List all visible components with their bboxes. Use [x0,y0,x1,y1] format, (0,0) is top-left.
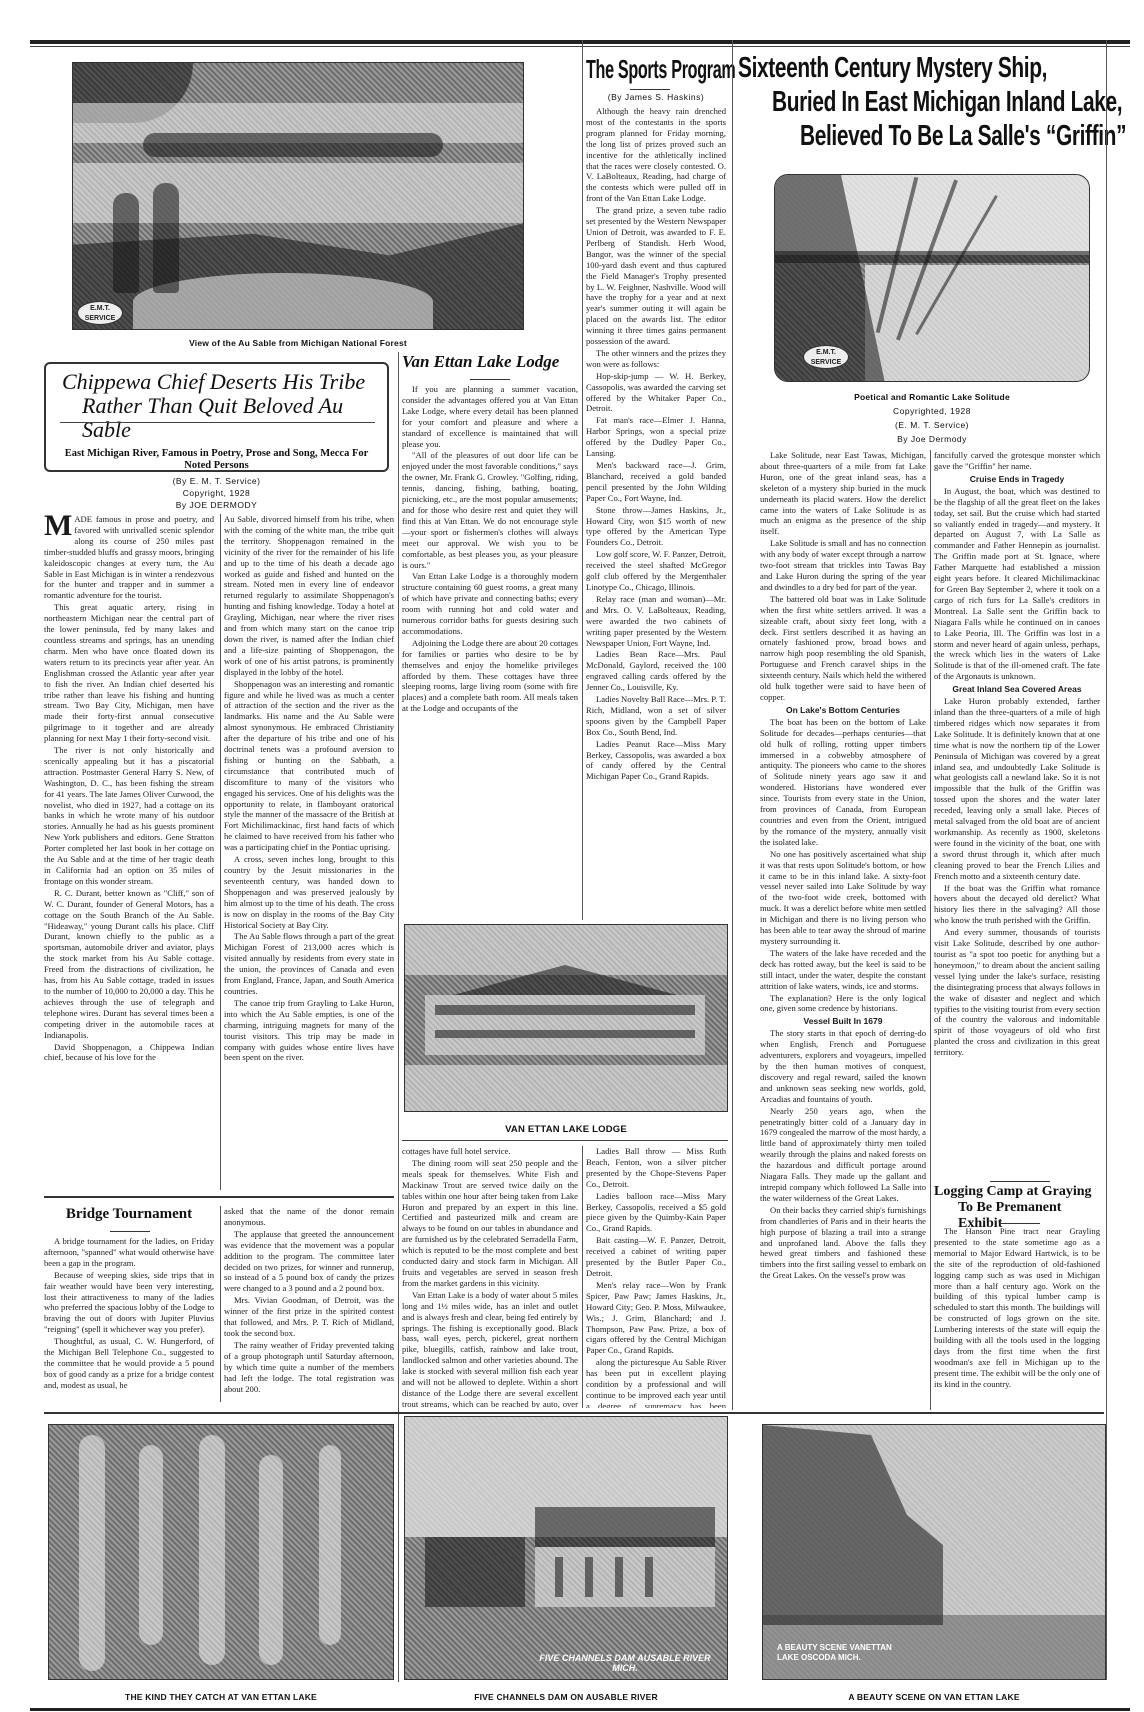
van-ettan-lodge-photo [404,924,728,1112]
sports-top-text: Although the heavy rain drenched most of… [586,106,726,920]
fish-photo [48,1424,394,1680]
lake-solitude-caption: Poetical and Romantic Lake Solitude [774,392,1090,402]
bridge-headline: Bridge Tournament [44,1206,214,1223]
chippewa-col-1: MADE famous in prose and poetry, and fav… [44,514,214,1190]
chippewa-byline: By JOE DERMODY [44,500,389,510]
chippewa-headline-1: Chippewa Chief Deserts His Tribe [62,370,387,394]
subhead-cruise-ends: Cruise Ends in Tragedy [934,474,1100,484]
lake-solitude-photo: E.M.T. SERVICE [774,174,1090,382]
van-ettan-lodge-caption: VAN ETTAN LAKE LODGE [404,1124,728,1135]
van-ettan-beauty-photo: A BEAUTY SCENE VANETTAN LAKE OSCODA MICH… [762,1424,1106,1680]
dam-photo-caption: FIVE CHANNELS DAM ON AUSABLE RIVER [404,1692,728,1702]
mystery-headline-2: Buried In East Michigan Inland Lake, [772,86,1122,119]
top-rule-thin [30,46,1130,47]
dam-inset-text: FIVE CHANNELS DAM AUSABLE RIVER MICH. [535,1653,715,1673]
subhead-lakes-bottom: On Lake's Bottom Centuries [760,705,926,715]
sports-headline: The Sports Program [586,54,735,85]
beauty-photo-caption: A BEAUTY SCENE ON VAN ETTAN LAKE [762,1692,1106,1702]
dropcap: M [44,514,72,538]
emt-service-badge: E.M.T. SERVICE [77,301,123,325]
top-rule [30,40,1130,44]
van-ettan-bottom-text: cottages have full hotel service. The di… [402,1146,578,1408]
chippewa-headline-2: Rather Than Quit Beloved Au Sable [82,394,387,442]
mystery-col-1: Lake Solitude, near East Tawas, Michigan… [760,450,926,1410]
mystery-headline-1: Sixteenth Century Mystery Ship, [738,52,1047,85]
logging-body: The Hanson Pine tract near Grayling pres… [934,1226,1100,1410]
chippewa-col-2: Au Sable, divorced himself from his trib… [224,514,394,1190]
mystery-service: (E. M. T. Service) [774,420,1090,430]
van-ettan-headline: Van Ettan Lake Lodge [402,352,582,372]
mystery-headline-3: Believed To Be La Salle's “Griffin” [800,120,1126,153]
chippewa-subheadline: East Michigan River, Famous in Poetry, P… [56,448,377,472]
subhead-vessel-built: Vessel Built In 1679 [760,1016,926,1026]
five-channels-dam-photo: FIVE CHANNELS DAM AUSABLE RIVER MICH. [404,1416,728,1680]
bridge-col-1: A bridge tournament for the ladies, on F… [44,1236,214,1401]
chippewa-copyright: Copyright, 1928 [44,488,389,498]
bridge-col-2: asked that the name of the donor remain … [224,1206,394,1402]
sports-bottom-text: Ladies Ball throw — Miss Ruth Beach, Fen… [586,1146,726,1408]
sports-byline: (By James S. Haskins) [586,92,726,102]
beauty-inset-text: A BEAUTY SCENE VANETTAN LAKE OSCODA MICH… [777,1643,897,1663]
au-sable-photo: E.M.T. SERVICE [72,62,524,330]
van-ettan-top-text: If you are planning a summer vacation, c… [402,384,578,920]
logging-headline-1: Logging Camp at Graying [934,1184,1104,1200]
mystery-col-2: fancifully carved the grotesque monster … [934,450,1100,1170]
au-sable-photo-caption: View of the Au Sable from Michigan Natio… [72,338,524,348]
mystery-copyright: Copyrighted, 1928 [774,406,1090,416]
mystery-byline: By Joe Dermody [774,434,1090,444]
subhead-inland-sea: Great Inland Sea Covered Areas [934,684,1100,694]
chippewa-headline-box: Chippewa Chief Deserts His Tribe Rather … [44,362,389,472]
chippewa-service: (By E. M. T. Service) [44,476,389,486]
emt-service-badge-2: E.M.T. SERVICE [803,345,849,369]
fish-photo-caption: THE KIND THEY CATCH AT VAN ETTAN LAKE [48,1692,394,1702]
